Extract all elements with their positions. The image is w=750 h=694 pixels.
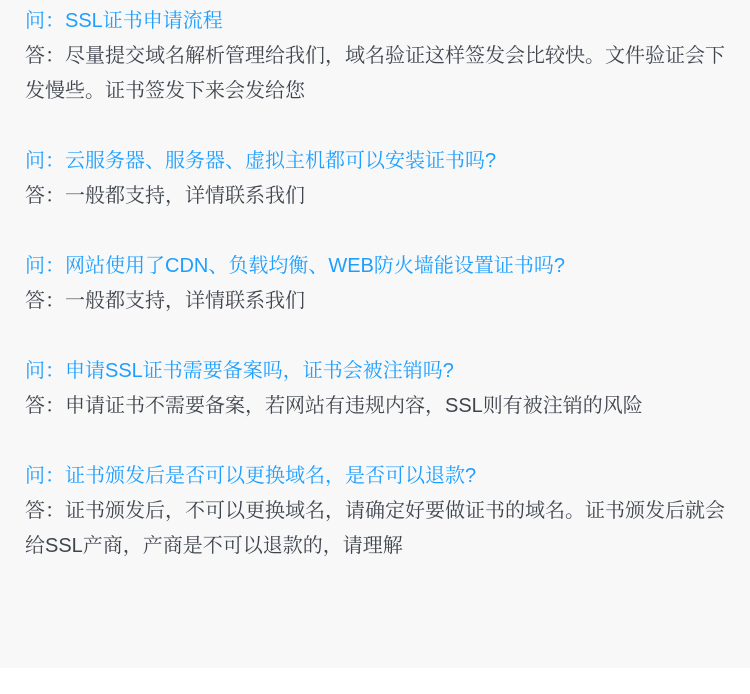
faq-section: 问：SSL证书申请流程 答：尽量提交域名解析管理给我们，域名验证这样签发会比较快… (0, 0, 750, 668)
answer-prefix: 答： (25, 290, 65, 312)
answer-prefix: 答： (25, 45, 65, 67)
question-text: 证书颁发后是否可以更换域名，是否可以退款? (65, 465, 476, 487)
question-text: SSL证书申请流程 (65, 10, 223, 32)
faq-question: 问：SSL证书申请流程 (25, 4, 725, 39)
question-prefix: 问： (25, 10, 65, 32)
faq-item: 问：SSL证书申请流程 答：尽量提交域名解析管理给我们，域名验证这样签发会比较快… (25, 4, 725, 109)
faq-answer: 答：一般都支持，详情联系我们 (25, 179, 725, 214)
faq-page: 问：SSL证书申请流程 答：尽量提交域名解析管理给我们，域名验证这样签发会比较快… (0, 0, 750, 694)
answer-text: 尽量提交域名解析管理给我们，域名验证这样签发会比较快。文件验证会下发慢些。证书签… (25, 45, 725, 102)
faq-answer: 答：一般都支持，详情联系我们 (25, 284, 725, 319)
question-prefix: 问： (25, 150, 65, 172)
faq-question: 问：网站使用了CDN、负载均衡、WEB防火墙能设置证书吗? (25, 249, 725, 284)
question-text: 申请SSL证书需要备案吗，证书会被注销吗? (65, 360, 454, 382)
faq-question: 问：云服务器、服务器、虚拟主机都可以安装证书吗? (25, 144, 725, 179)
answer-text: 一般都支持，详情联系我们 (65, 185, 305, 207)
answer-text: 申请证书不需要备案，若网站有违规内容，SSL则有被注销的风险 (65, 395, 643, 417)
faq-item: 问：云服务器、服务器、虚拟主机都可以安装证书吗? 答：一般都支持，详情联系我们 (25, 144, 725, 214)
faq-question: 问：申请SSL证书需要备案吗，证书会被注销吗? (25, 354, 725, 389)
faq-answer: 答：证书颁发后，不可以更换域名，请确定好要做证书的域名。证书颁发后就会给SSL产… (25, 494, 725, 564)
answer-prefix: 答： (25, 500, 65, 522)
answer-text: 证书颁发后，不可以更换域名，请确定好要做证书的域名。证书颁发后就会给SSL产商，… (25, 500, 725, 557)
faq-question: 问：证书颁发后是否可以更换域名，是否可以退款? (25, 459, 725, 494)
answer-text: 一般都支持，详情联系我们 (65, 290, 305, 312)
faq-item: 问：网站使用了CDN、负载均衡、WEB防火墙能设置证书吗? 答：一般都支持，详情… (25, 249, 725, 319)
faq-answer: 答：尽量提交域名解析管理给我们，域名验证这样签发会比较快。文件验证会下发慢些。证… (25, 39, 725, 109)
question-text: 云服务器、服务器、虚拟主机都可以安装证书吗? (65, 150, 496, 172)
faq-item: 问：申请SSL证书需要备案吗，证书会被注销吗? 答：申请证书不需要备案，若网站有… (25, 354, 725, 424)
question-prefix: 问： (25, 465, 65, 487)
question-prefix: 问： (25, 360, 65, 382)
answer-prefix: 答： (25, 395, 65, 417)
question-text: 网站使用了CDN、负载均衡、WEB防火墙能设置证书吗? (65, 255, 565, 277)
faq-answer: 答：申请证书不需要备案，若网站有违规内容，SSL则有被注销的风险 (25, 389, 725, 424)
faq-item: 问：证书颁发后是否可以更换域名，是否可以退款? 答：证书颁发后，不可以更换域名，… (25, 459, 725, 564)
footer-strip (0, 668, 750, 694)
question-prefix: 问： (25, 255, 65, 277)
answer-prefix: 答： (25, 185, 65, 207)
